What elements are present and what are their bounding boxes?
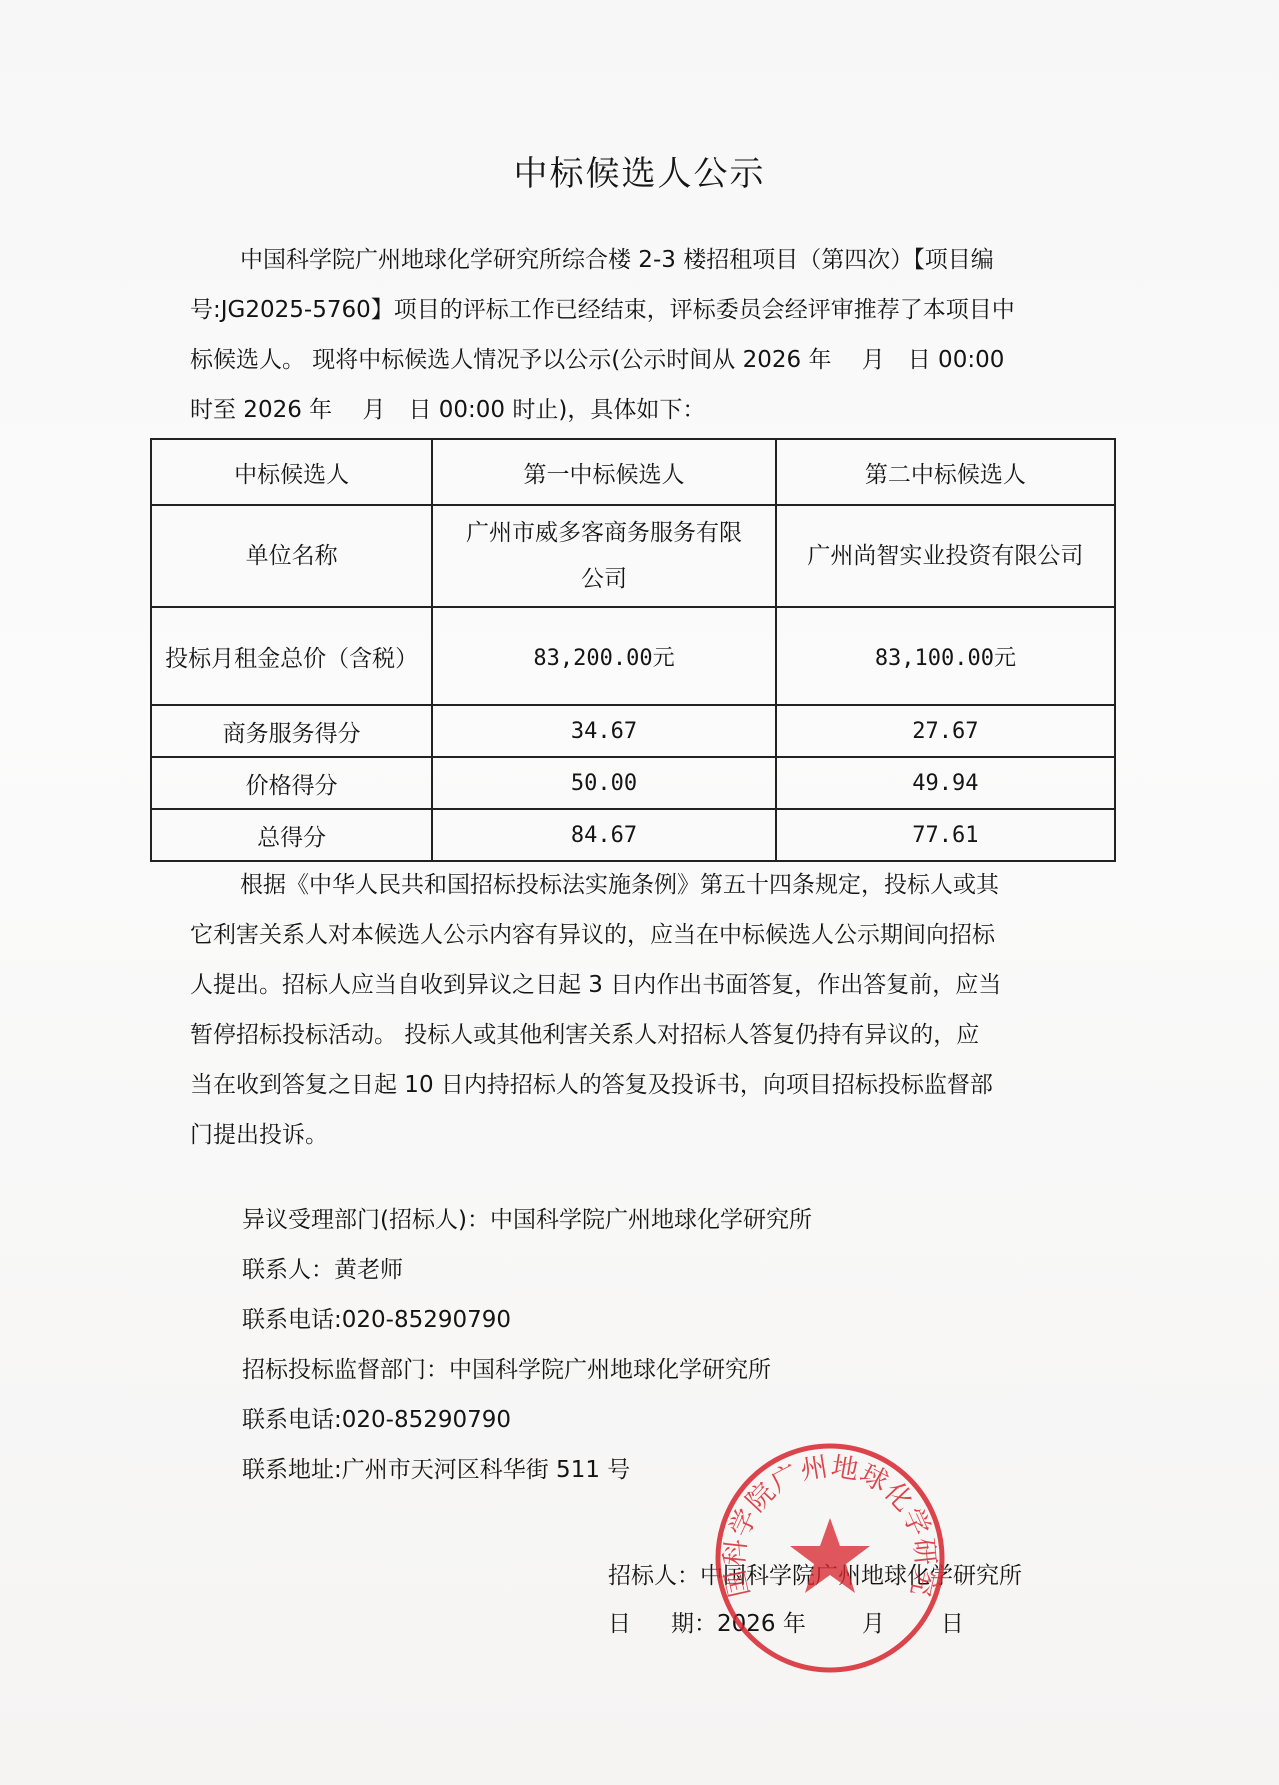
intro-paragraph: 中国科学院广州地球化学研究所综合楼 2-3 楼招租项目（第四次）【项目编 号:J… <box>190 235 1090 435</box>
row-label: 单位名称 <box>151 505 432 607</box>
intro-line: 号:JG2025-5760】项目的评标工作已经结束，评标委员会经评审推荐了本项目… <box>190 285 1090 335</box>
intro-line: 标候选人。 现将中标候选人情况予以公示(公示时间从 2026 年 月 日 00:… <box>190 335 1090 385</box>
table-header-row: 中标候选人 第一中标候选人 第二中标候选人 <box>151 439 1115 505</box>
contact-phone: 联系电话:020-85290790 <box>242 1295 812 1345</box>
row-label: 价格得分 <box>151 757 432 809</box>
date-year: 2026 年 <box>717 1611 806 1637</box>
table-row: 总得分 84.67 77.61 <box>151 809 1115 861</box>
company-name-first: 广州市威多客商务服务有限公司 <box>459 510 749 602</box>
supervision-phone: 联系电话:020-85290790 <box>242 1395 812 1445</box>
date-label-a: 日 <box>608 1611 631 1637</box>
header-cell: 中标候选人 <box>151 439 432 505</box>
table-row: 价格得分 50.00 49.94 <box>151 757 1115 809</box>
table-row: 投标月租金总价（含税） 83,200.00元 83,100.00元 <box>151 607 1115 705</box>
header-cell: 第一中标候选人 <box>432 439 776 505</box>
candidates-table: 中标候选人 第一中标候选人 第二中标候选人 单位名称 广州市威多客商务服务有限公… <box>150 438 1116 862</box>
signoff-block: 招标人：中国科学院广州地球化学研究所 日期：2026 年月日 <box>608 1552 1022 1648</box>
cell-second: 27.67 <box>776 705 1115 757</box>
cell-second: 广州尚智实业投资有限公司 <box>776 505 1115 607</box>
date-label-b: 期： <box>671 1611 717 1637</box>
notice-line: 当在收到答复之日起 10 日内持招标人的答复及投诉书，向项目招标投标监督部 <box>190 1060 1090 1110</box>
cell-second: 49.94 <box>776 757 1115 809</box>
notice-line: 根据《中华人民共和国招标投标法实施条例》第五十四条规定，投标人或其 <box>190 860 1090 910</box>
header-cell: 第二中标候选人 <box>776 439 1115 505</box>
date-line: 日期：2026 年月日 <box>608 1600 1022 1648</box>
table-row: 商务服务得分 34.67 27.67 <box>151 705 1115 757</box>
document-page: 中标候选人公示 中国科学院广州地球化学研究所综合楼 2-3 楼招租项目（第四次）… <box>0 0 1279 1785</box>
intro-line: 中国科学院广州地球化学研究所综合楼 2-3 楼招租项目（第四次）【项目编 <box>190 235 1090 285</box>
tenderer-line: 招标人：中国科学院广州地球化学研究所 <box>608 1552 1022 1600</box>
contact-person: 联系人：黄老师 <box>242 1245 812 1295</box>
objection-notice-paragraph: 根据《中华人民共和国招标投标法实施条例》第五十四条规定，投标人或其 它利害关系人… <box>190 860 1090 1160</box>
intro-line: 时至 2026 年 月 日 00:00 时止)，具体如下： <box>190 385 1090 435</box>
cell-second: 77.61 <box>776 809 1115 861</box>
tenderer-label: 招标人： <box>608 1563 700 1589</box>
row-label: 投标月租金总价（含税） <box>151 607 432 705</box>
contact-info: 异议受理部门(招标人)：中国科学院广州地球化学研究所 联系人：黄老师 联系电话:… <box>242 1195 812 1495</box>
cell-second: 83,100.00元 <box>776 607 1115 705</box>
cell-first: 83,200.00元 <box>432 607 776 705</box>
supervision-department: 招标投标监督部门：中国科学院广州地球化学研究所 <box>242 1345 812 1395</box>
contact-address: 联系地址:广州市天河区科华街 511 号 <box>242 1445 812 1495</box>
notice-line: 门提出投诉。 <box>190 1110 1090 1160</box>
cell-first: 50.00 <box>432 757 776 809</box>
cell-first: 34.67 <box>432 705 776 757</box>
notice-line: 它利害关系人对本候选人公示内容有异议的，应当在中标候选人公示期间向招标 <box>190 910 1090 960</box>
notice-line: 暂停招标投标活动。 投标人或其他利害关系人对招标人答复仍持有异议的，应 <box>190 1010 1090 1060</box>
date-day: 日 <box>941 1611 964 1637</box>
row-label: 商务服务得分 <box>151 705 432 757</box>
row-label: 总得分 <box>151 809 432 861</box>
cell-first: 广州市威多客商务服务有限公司 <box>432 505 776 607</box>
tenderer-value: 中国科学院广州地球化学研究所 <box>700 1563 1022 1589</box>
page-title: 中标候选人公示 <box>0 146 1279 195</box>
date-month: 月 <box>862 1611 885 1637</box>
table-row: 单位名称 广州市威多客商务服务有限公司 广州尚智实业投资有限公司 <box>151 505 1115 607</box>
objection-department: 异议受理部门(招标人)：中国科学院广州地球化学研究所 <box>242 1195 812 1245</box>
notice-line: 人提出。招标人应当自收到异议之日起 3 日内作出书面答复，作出答复前，应当 <box>190 960 1090 1010</box>
cell-first: 84.67 <box>432 809 776 861</box>
